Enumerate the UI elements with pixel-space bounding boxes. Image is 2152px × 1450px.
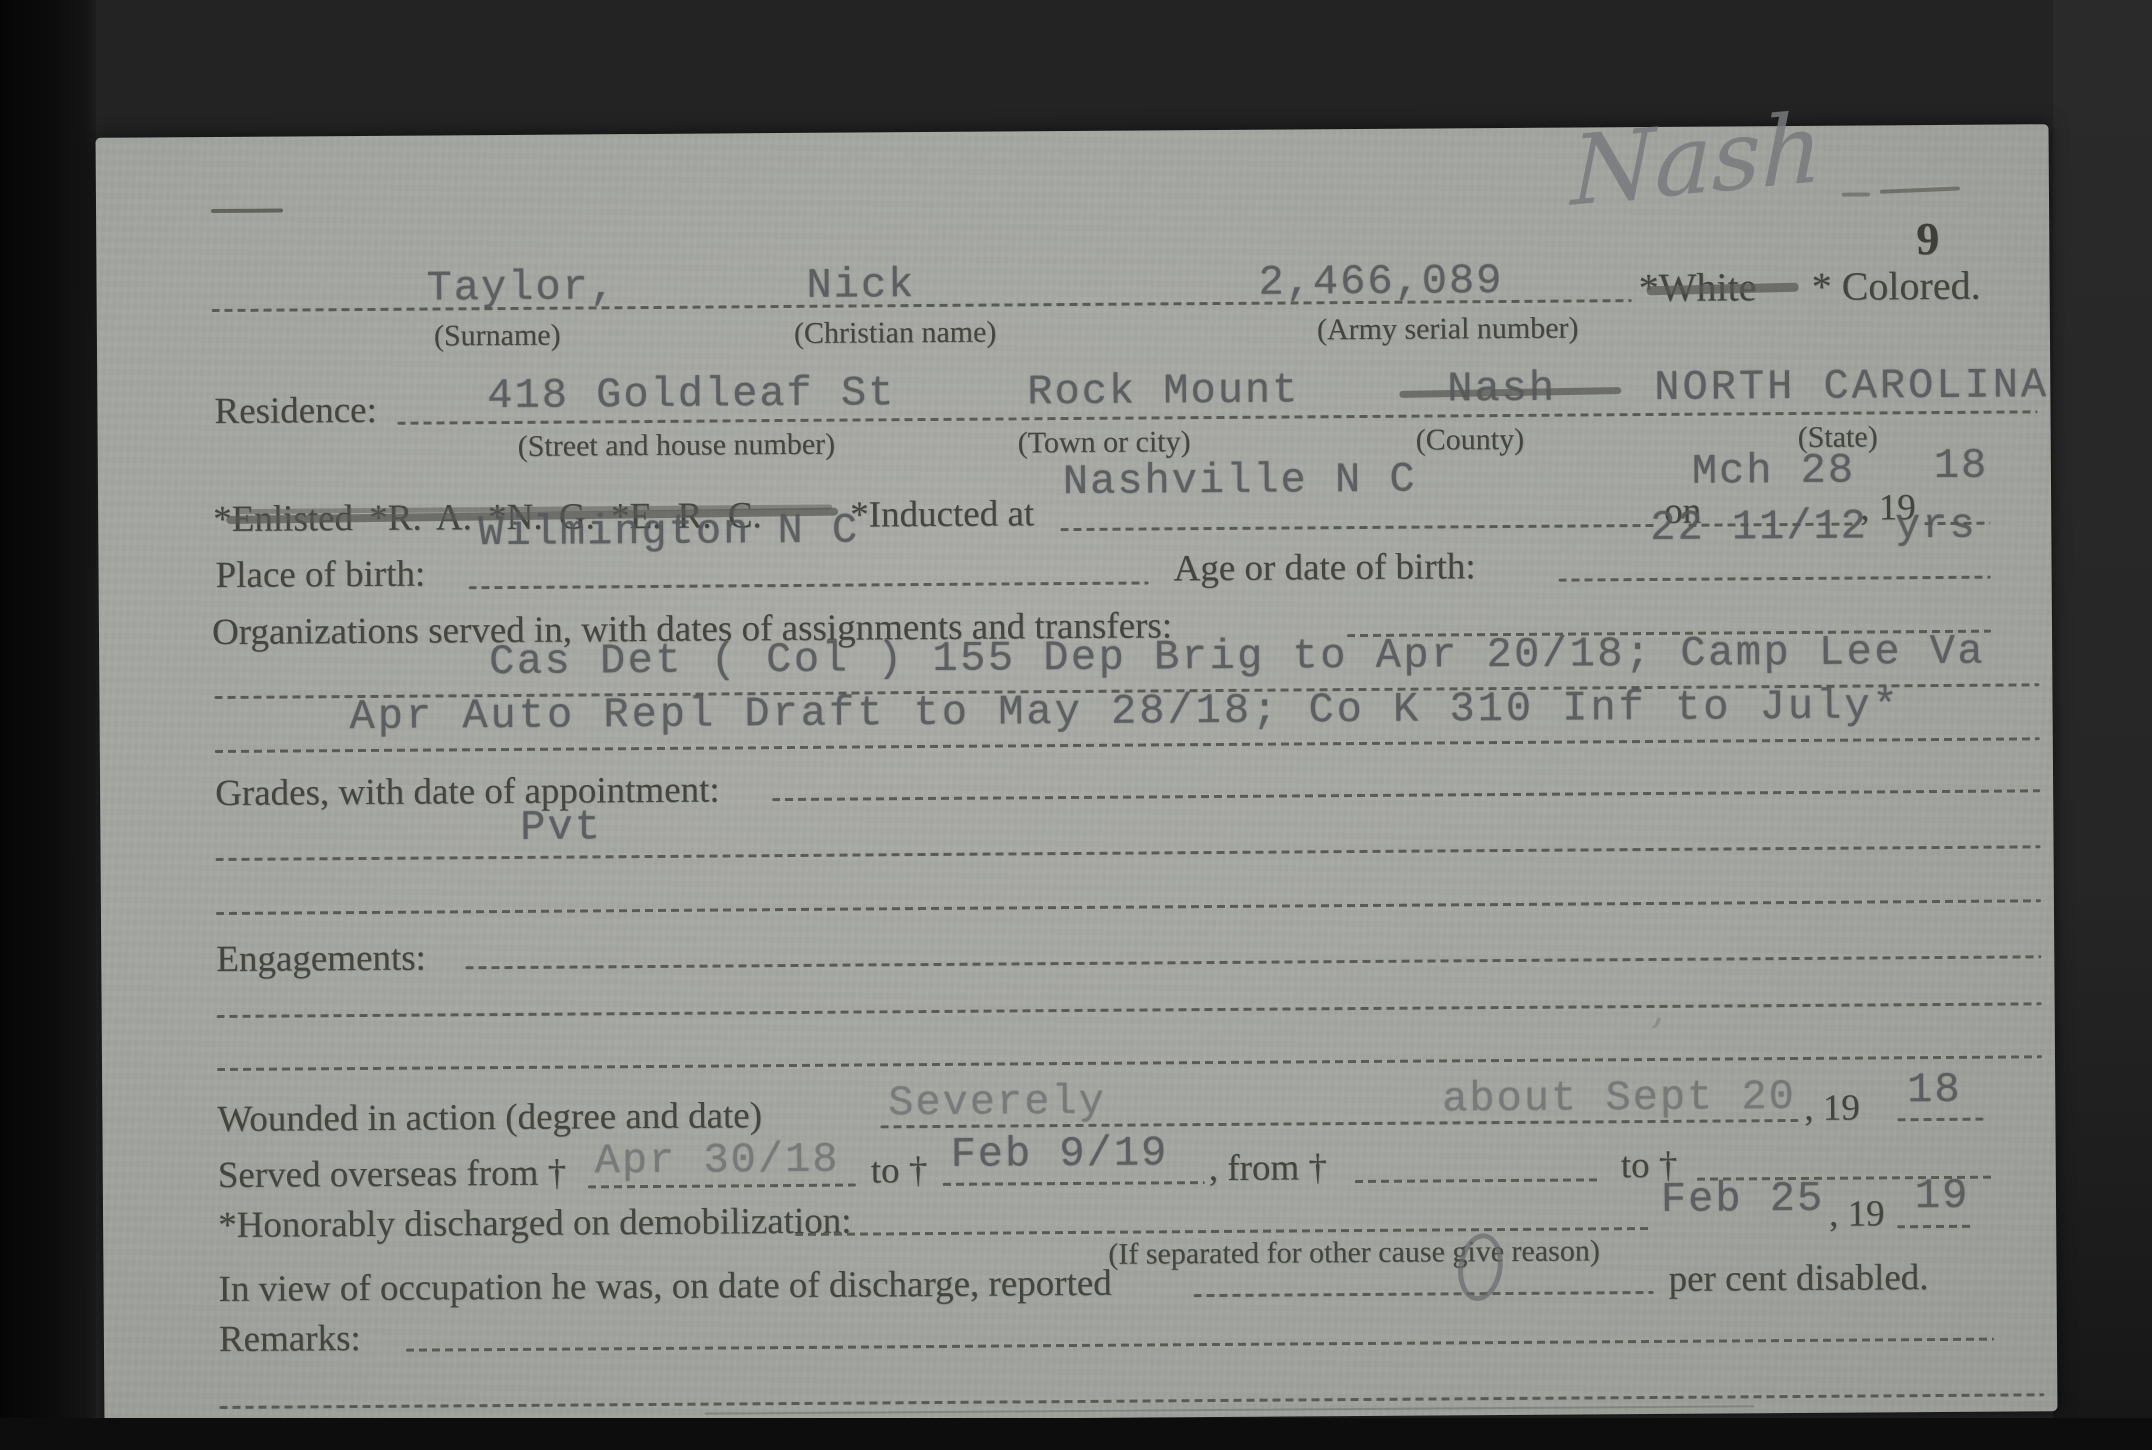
engagements-dotted-line-3 [217, 1055, 2042, 1071]
age-value: 22 11/12 yrs [1650, 502, 1977, 552]
serial-number-label: (Army serial number) [1317, 311, 1579, 347]
residence-street-value: 418 Goldleaf St [487, 369, 895, 420]
overseas-from1-dotted-line [588, 1184, 856, 1189]
card-page-number: 9 [1916, 212, 1939, 265]
grades-dotted-line [772, 789, 2040, 801]
birth-place-label: Place of birth: [215, 553, 425, 597]
residence-town-value: Rock Mount [1027, 366, 1299, 416]
residence-label: Residence: [214, 389, 377, 433]
occupation-prefix: In view of occupation he was, on date of… [218, 1262, 1111, 1311]
street-label: (Street and house number) [518, 428, 836, 464]
overseas-to1-value: Feb 9/19 [950, 1129, 1168, 1179]
discharge-year-dotted-line [1897, 1225, 1975, 1229]
grades-dotted-line-3 [216, 899, 2041, 915]
discharge-year-prefix: , 19 [1829, 1192, 1885, 1235]
scanned-service-card-page: Nash 9 Taylor, Nick 2,466,089 *White * C… [0, 0, 2152, 1450]
pencil-dash-small [1842, 192, 1870, 196]
service-record-card: Nash 9 Taylor, Nick 2,466,089 *White * C… [96, 124, 2058, 1425]
induction-year-value: 18 [1934, 442, 1989, 490]
bottom-dotted-line [219, 1393, 2044, 1409]
backdrop-bottom [0, 1418, 2152, 1450]
inducted-place-dotted-line [1060, 524, 1658, 531]
inducted-place-value: Nashville N C [1063, 456, 1417, 506]
christian-name-label: (Christian name) [794, 316, 997, 351]
engagements-label: Engagements: [216, 937, 426, 981]
surname-value: Taylor, [426, 263, 617, 312]
engagements-dotted-line-2 [217, 1002, 2042, 1018]
christian-name-value: Nick [806, 261, 915, 310]
wounded-degree-value: Severely [888, 1078, 1106, 1128]
organizations-line2: Apr Auto Repl Draft to May 28/18; Co K 3… [349, 682, 1901, 741]
remarks-label: Remarks: [219, 1317, 361, 1361]
county-label: (County) [1416, 423, 1525, 458]
age-dotted-line [1559, 576, 1991, 582]
pencil-dash-long [1880, 186, 1960, 193]
overseas-from1-value: Apr 30/18 [595, 1136, 840, 1186]
overseas-label: Served overseas from † [218, 1152, 567, 1197]
surname-label: (Surname) [434, 319, 561, 354]
town-label: (Town or city) [1018, 425, 1191, 460]
top-left-dash-mark [211, 209, 283, 214]
discharge-label: *Honorably discharged on demobilization: [218, 1200, 852, 1247]
bottom-faint-line [704, 1405, 1754, 1414]
birth-place-value: Wilmington N C [478, 507, 859, 558]
card-content: Nash 9 Taylor, Nick 2,466,089 *White * C… [0, 0, 2152, 1450]
wounded-year-value: 18 [1907, 1066, 1962, 1114]
residence-state-value: NORTH CAROLINA [1654, 361, 2049, 412]
pencil-county-note: Nash [1571, 91, 1823, 227]
overseas-to1-label: to † [871, 1149, 928, 1192]
age-label: Age or date of birth: [1173, 545, 1475, 590]
grades-dotted-line-2 [216, 845, 2041, 861]
serial-number-value: 2,466,089 [1258, 257, 1503, 307]
stray-pencil-mark: ’ [1650, 1010, 1664, 1061]
occupation-suffix: per cent disabled. [1668, 1256, 1928, 1301]
engagements-dotted-line [465, 955, 2041, 969]
inducted-at-label: *Inducted at [850, 492, 1034, 536]
discharge-year-value: 19 [1915, 1172, 1970, 1220]
grade-value: Pvt [520, 803, 602, 852]
wounded-date-value: about Sept 20 [1442, 1073, 1796, 1123]
grades-label: Grades, with date of appointment: [215, 768, 720, 815]
overseas-to1-dotted-line [943, 1181, 1205, 1186]
overseas-from2-label: , from † [1209, 1146, 1327, 1190]
discharge-reason-label: (If separated for other cause give reaso… [1108, 1234, 1600, 1271]
discharge-date-value: Feb 25 [1661, 1175, 1825, 1224]
organizations-line1: Cas Det ( Col ) 155 Dep Brig to Apr 20/1… [489, 628, 1985, 686]
wounded-year-dotted-line [1897, 1118, 1983, 1122]
overseas-from2-dotted-line [1355, 1178, 1601, 1183]
induction-date-value: Mch 28 [1692, 447, 1856, 496]
race-colored-option: * Colored. [1811, 262, 1980, 310]
disability-dotted-line [1194, 1291, 1654, 1297]
wounded-label: Wounded in action (degree and date) [217, 1094, 762, 1141]
remarks-dotted-line [406, 1338, 1994, 1352]
birth-place-dotted-line [469, 581, 1149, 589]
wounded-year-prefix: , 19 [1804, 1087, 1860, 1130]
